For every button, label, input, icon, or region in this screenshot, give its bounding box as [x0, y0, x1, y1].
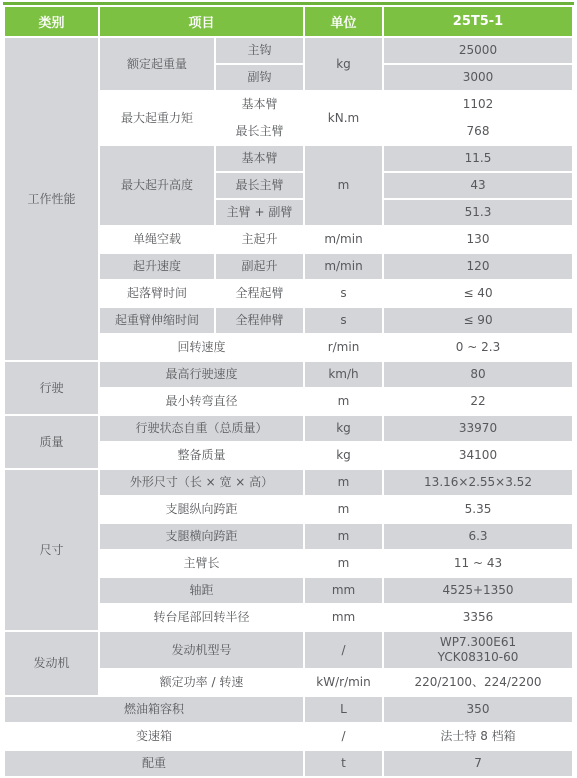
header-item: 项目 [100, 7, 303, 36]
header-row: 类别 项目 单位 25T5-1 [5, 7, 572, 36]
item-cell: 燃油箱容积 [5, 697, 303, 722]
table-row: 工作性能额定起重量主钩kg25000 [5, 38, 572, 63]
item-cell: 起升速度 [100, 254, 214, 279]
category-cell: 发动机 [5, 632, 98, 695]
unit-cell: s [305, 281, 382, 306]
value-cell: ≤ 90 [384, 308, 572, 333]
category-cell: 质量 [5, 416, 98, 468]
subitem-cell: 副起升 [216, 254, 303, 279]
value-cell: 43 [384, 173, 572, 198]
subitem-cell: 主臂 + 副臂 [216, 200, 303, 225]
unit-cell: kg [305, 416, 382, 441]
subitem-cell: 副钩 [216, 65, 303, 90]
value-cell: 34100 [384, 443, 572, 468]
unit-cell: t [305, 751, 382, 776]
item-cell: 支腿横向跨距 [100, 524, 303, 549]
subitem-cell: 全程伸臂 [216, 308, 303, 333]
unit-cell: m [305, 497, 382, 522]
item-cell: 支腿纵向跨距 [100, 497, 303, 522]
item-cell: 主臂长 [100, 551, 303, 576]
unit-cell: m [305, 146, 382, 225]
value-cell: 22 [384, 389, 572, 414]
subitem-cell: 主钩 [216, 38, 303, 63]
crane-spec-table: 类别 项目 单位 25T5-1 工作性能额定起重量主钩kg25000副钩3000… [3, 5, 574, 778]
item-cell: 起重臂伸缩时间 [100, 308, 214, 333]
value-cell: 350 [384, 697, 572, 722]
unit-cell: mm [305, 578, 382, 603]
header-model: 25T5-1 [384, 7, 572, 36]
unit-cell: kW/r/min [305, 670, 382, 695]
value-cell: 法士特 8 档箱 [384, 724, 572, 749]
table-row: 发动机发动机型号/WP7.300E61 YCK08310-60 [5, 632, 572, 668]
value-cell: 120 [384, 254, 572, 279]
unit-cell: km/h [305, 362, 382, 387]
value-cell: 220/2100、224/2200 [384, 670, 572, 695]
value-cell: 3000 [384, 65, 572, 90]
item-cell: 最小转弯直径 [100, 389, 303, 414]
unit-cell: / [305, 632, 382, 668]
unit-cell: m/min [305, 227, 382, 252]
value-cell: 11.5 [384, 146, 572, 171]
subitem-cell: 全程起臂 [216, 281, 303, 306]
value-cell: 80 [384, 362, 572, 387]
category-cell: 尺寸 [5, 470, 98, 630]
value-cell: 13.16×2.55×3.52 [384, 470, 572, 495]
value-cell: 33970 [384, 416, 572, 441]
value-cell: 25000 [384, 38, 572, 63]
unit-cell: kN.m [305, 92, 382, 144]
item-cell: 变速箱 [5, 724, 303, 749]
value-cell: WP7.300E61 YCK08310-60 [384, 632, 572, 668]
table-row: 燃油箱容积L350 [5, 697, 572, 722]
unit-cell: kg [305, 38, 382, 90]
item-cell: 单绳空载 [100, 227, 214, 252]
category-cell: 行驶 [5, 362, 98, 414]
table-row: 质量行驶状态自重（总质量）kg33970 [5, 416, 572, 441]
item-cell: 额定起重量 [100, 38, 214, 90]
subitem-cell: 基本臂 [216, 92, 303, 117]
unit-cell: L [305, 697, 382, 722]
item-cell: 起落臂时间 [100, 281, 214, 306]
item-cell: 配重 [5, 751, 303, 776]
value-cell: 0 ~ 2.3 [384, 335, 572, 360]
item-cell: 行驶状态自重（总质量） [100, 416, 303, 441]
item-cell: 整备质量 [100, 443, 303, 468]
value-cell: 3356 [384, 605, 572, 630]
unit-cell: m [305, 551, 382, 576]
value-cell: 51.3 [384, 200, 572, 225]
table-row: 变速箱/法士特 8 档箱 [5, 724, 572, 749]
table-row: 尺寸外形尺寸（长 × 宽 × 高）m13.16×2.55×3.52 [5, 470, 572, 495]
item-cell: 转台尾部回转半径 [100, 605, 303, 630]
subitem-cell: 主起升 [216, 227, 303, 252]
unit-cell: kg [305, 443, 382, 468]
value-cell: ≤ 40 [384, 281, 572, 306]
unit-cell: m/min [305, 254, 382, 279]
item-cell: 最高行驶速度 [100, 362, 303, 387]
value-cell: 7 [384, 751, 572, 776]
unit-cell: r/min [305, 335, 382, 360]
value-cell: 11 ~ 43 [384, 551, 572, 576]
unit-cell: / [305, 724, 382, 749]
item-cell: 外形尺寸（长 × 宽 × 高） [100, 470, 303, 495]
value-cell: 5.35 [384, 497, 572, 522]
item-cell: 最大起重力矩 [100, 92, 214, 144]
header-category: 类别 [5, 7, 98, 36]
subitem-cell: 基本臂 [216, 146, 303, 171]
value-cell: 4525+1350 [384, 578, 572, 603]
item-cell: 发动机型号 [100, 632, 303, 668]
subitem-cell: 最长主臂 [216, 173, 303, 198]
value-cell: 6.3 [384, 524, 572, 549]
unit-cell: m [305, 524, 382, 549]
subitem-cell: 最长主臂 [216, 119, 303, 144]
unit-cell: m [305, 389, 382, 414]
spec-sheet-page: 类别 项目 单位 25T5-1 工作性能额定起重量主钩kg25000副钩3000… [0, 0, 577, 778]
value-cell: 768 [384, 119, 572, 144]
unit-cell: s [305, 308, 382, 333]
header-unit: 单位 [305, 7, 382, 36]
item-cell: 轴距 [100, 578, 303, 603]
item-cell: 回转速度 [100, 335, 303, 360]
value-cell: 130 [384, 227, 572, 252]
unit-cell: mm [305, 605, 382, 630]
value-cell: 1102 [384, 92, 572, 117]
unit-cell: m [305, 470, 382, 495]
table-row: 配重t7 [5, 751, 572, 776]
item-cell: 额定功率 / 转速 [100, 670, 303, 695]
table-row: 行驶最高行驶速度km/h80 [5, 362, 572, 387]
category-cell: 工作性能 [5, 38, 98, 360]
item-cell: 最大起升高度 [100, 146, 214, 225]
